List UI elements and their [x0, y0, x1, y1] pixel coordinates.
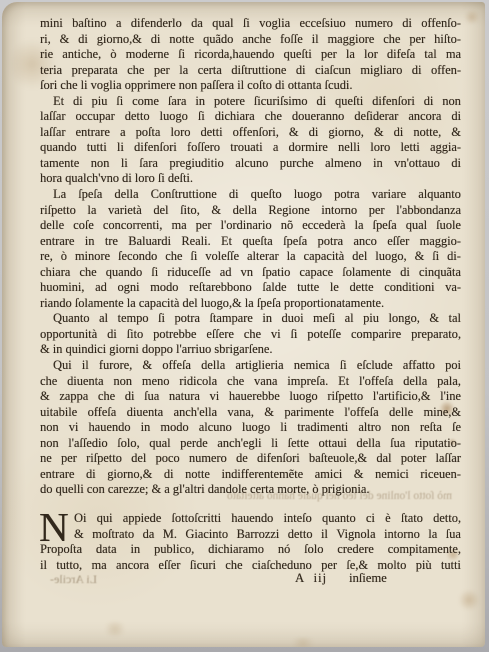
text-line: neperriſpettodelpoconumerodedifenſoribaſ…: [40, 451, 461, 467]
text-line: uitabileoffeſadiuentaanch'ellavana,&pari…: [40, 405, 461, 421]
text-line: hora qualch'vno di loro ſi deſti.: [40, 171, 461, 187]
text-line: quandotuttilidifenſorifoſſerotrouatiador…: [40, 140, 461, 156]
text-line: nonl'aſſedioſolo,qualperdeanch'egliliſet…: [40, 436, 461, 452]
text-line: ſori che li voglia opprimere non paſſera…: [40, 78, 461, 94]
text-line: riſpettolavarietàdelſito,&dellaRegionein…: [40, 203, 461, 219]
text-line: ri,&digiorno,&dinottequãdoanchefoſſeilma…: [40, 32, 461, 48]
text-line: Quantoaltempoſipotraſtampareinduoimeſial…: [40, 311, 461, 327]
text-line: do quelli con carezze; & a gl'altri dand…: [40, 482, 461, 498]
paragraph: Quiilfurore,&offeſadellaartiglierianemic…: [40, 358, 461, 498]
signature-line: A iij inſieme: [40, 571, 461, 587]
text-line: LaſpeſadellaConſtruttionediqueſtoluogopo…: [40, 187, 461, 203]
text-line: &moſtratodaM.GiacintoBarrozzidettoilVign…: [40, 527, 461, 543]
text-line: Propoſtadatainpublico,dichiaramonóſolocr…: [40, 542, 461, 558]
paragraph: minibaſtinoadifenderlodaqualſivogliaecce…: [40, 16, 461, 94]
catchword: inſieme: [349, 571, 387, 586]
text-line: Quiilfurore,&offeſadellaartiglierianemic…: [40, 358, 461, 374]
text-line: chiarachequandoſiriduceſſeadvnſpatiocapa…: [40, 265, 461, 281]
page-text-block: minibaſtinoadifenderlodaqualſivogliaecce…: [40, 16, 461, 573]
text-line: riando ſolamente la capacità del luogo,&…: [40, 296, 461, 312]
text-line: minibaſtinoadifenderlodaqualſivogliaecce…: [40, 16, 461, 32]
book-page: mò ſotto l'online del tèo nel quale hann…: [2, 2, 485, 647]
signature-mark: A iij: [295, 571, 327, 586]
text-line: huomini,adognimodoreſtarebbonoſaldetutte…: [40, 280, 461, 296]
text-line: Etdipiuſicomeſarainpotereſicuriſsimodiqu…: [40, 94, 461, 110]
text-line: &zappachediſuanaturavihauerebbeluogoriſp…: [40, 389, 461, 405]
text-line: opportunitàdiſitopotrebbeeſſerecheviſipo…: [40, 327, 461, 343]
stain: [458, 590, 480, 610]
stain: [288, 638, 318, 647]
paragraph: NOiquiappiedeſottoſcrittihauendointeſoqu…: [40, 511, 461, 573]
text-line: laſſaroccupardettoluogoſidichiarachedoue…: [40, 109, 461, 125]
text-line: teriapreparatacheperlacertadiſtruttioned…: [40, 63, 461, 79]
text-line: nonvihauendoinmodoalcunoluogolitradiment…: [40, 420, 461, 436]
paragraph: LaſpeſadellaConſtruttionediqueſtoluogopo…: [40, 187, 461, 311]
dropcap-initial: N: [39, 512, 69, 542]
paragraph: Quantoaltempoſipotraſtampareinduoimeſial…: [40, 311, 461, 358]
text-line: & in quindici giorni doppo l'arriuo sbri…: [40, 342, 461, 358]
text-line: entrareintreBaluardiReali.Etqueſtaſpeſap…: [40, 234, 461, 250]
scanned-page-photo: mò ſotto l'online del tèo nel quale hann…: [0, 0, 489, 652]
text-line: Oiquiappiedeſottoſcrittihauendointeſoqua…: [40, 511, 461, 527]
text-line: re,òminoreſecondocheſivoleſſealterarlaca…: [40, 249, 461, 265]
stain: [464, 10, 480, 24]
stain: [102, 622, 128, 636]
text-line: tamentenonliſarapregiuditioalcunopurchea…: [40, 156, 461, 172]
text-line: dellecoſeconcorrenti,maperl'ordinarionõe…: [40, 218, 461, 234]
text-line: laſſarentrareapoſtalorodettioffenſori,&d…: [40, 125, 461, 141]
text-line: chediuentanonmenoridicolachevanaimpreſa.…: [40, 374, 461, 390]
text-line: entraredigiorno,&dinotteindifferentemẽte…: [40, 467, 461, 483]
text-line: rieantiche,òmoderneſiricorda,hauendoqueſ…: [40, 47, 461, 63]
paragraph: Etdipiuſicomeſarainpotereſicuriſsimodiqu…: [40, 94, 461, 187]
